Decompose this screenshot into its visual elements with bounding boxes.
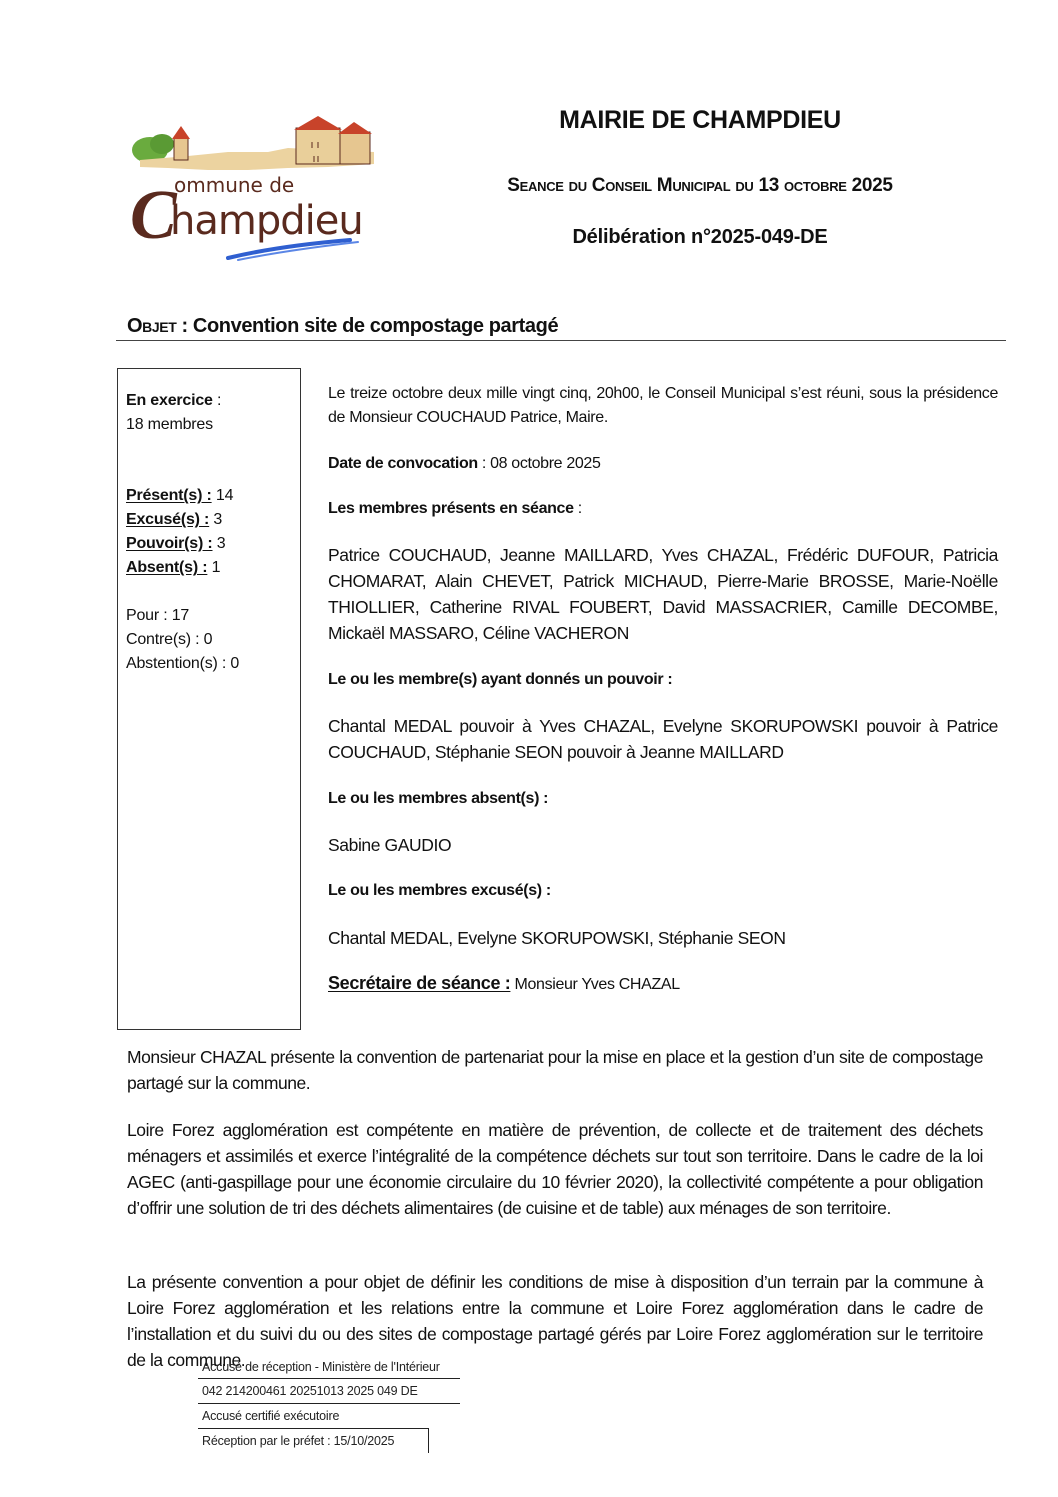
session-intro: Le treize octobre deux mille vingt cinq,… [328,382,998,430]
count-pouvoir: Pouvoir(s) : 3 [126,532,233,556]
stamp-line-4: Réception par le préfet : 15/10/2025 [198,1428,429,1453]
pouvoirs-list: Chantal MEDAL pouvoir à Yves CHAZAL, Eve… [328,713,998,765]
vote-contre: Contre(s) : 0 [126,628,239,652]
objet-line: Objet : Convention site de compostage pa… [127,315,558,338]
count-value: 1 [207,559,220,576]
secretaire-value: Monsieur Yves CHAZAL [510,976,679,993]
stamp-line-3: Accusé certifié exécutoire [198,1403,460,1428]
en-exercice-label: En exercice [126,392,213,409]
convocation-label: Date de convocation [328,455,478,472]
vote-abstention: Abstention(s) : 0 [126,652,239,676]
count-label: Absent(s) : [126,559,207,576]
count-value: 3 [209,511,222,528]
pouvoirs-heading: Le ou les membre(s) ayant donnés un pouv… [328,668,998,692]
secretaire-line: Secrétaire de séance : Monsieur Yves CHA… [328,971,998,997]
excuses-heading: Le ou les membres excusé(s) : [328,879,998,903]
presents-list: Patrice COUCHAUD, Jeanne MAILLARD, Yves … [328,542,998,646]
count-label: Présent(s) : [126,487,212,504]
absents-list: Sabine GAUDIO [328,832,998,858]
objet-value: Convention site de compostage partagé [188,315,558,337]
attendance-box [117,368,301,1030]
en-exercice-value: 18 membres [126,416,213,433]
excuses-list: Chantal MEDAL, Evelyne SKORUPOWSKI, Stép… [328,925,998,951]
presents-heading: Les membres présents en séance : [328,497,998,521]
prefecture-stamp: Accusé de réception - Ministère de l'Int… [198,1360,460,1453]
vote-results: Pour : 17 Contre(s) : 0 Abstention(s) : … [126,604,239,676]
absents-heading: Le ou les membres absent(s) : [328,787,998,811]
count-value: 14 [212,487,234,504]
objet-divider [116,340,1006,341]
convocation-value: : 08 octobre 2025 [478,455,601,472]
stamp-line-1: Accusé de réception - Ministère de l'Int… [198,1360,460,1378]
count-label: Excusé(s) : [126,511,209,528]
count-present: Présent(s) : 14 [126,484,233,508]
seance-heading: Seance du Conseil Municipal du 13 octobr… [440,175,960,197]
en-exercice-sep: : [213,392,222,409]
attendance-counts: Présent(s) : 14 Excusé(s) : 3 Pouvoir(s)… [126,484,233,580]
svg-text:hampdieu: hampdieu [170,198,363,244]
mairie-title: MAIRIE DE CHAMPDIEU [460,106,940,135]
count-value: 3 [213,535,226,552]
presents-sep: : [574,500,582,517]
svg-text:ommune de: ommune de [174,173,294,197]
convocation-date: Date de convocation : 08 octobre 2025 [328,452,998,476]
count-excuse: Excusé(s) : 3 [126,508,233,532]
objet-label: Objet : [127,315,188,337]
secretaire-label: Secrétaire de séance : [328,973,510,993]
en-exercice: En exercice : 18 membres [126,389,221,437]
count-absent: Absent(s) : 1 [126,556,233,580]
body-paragraph-1: Monsieur CHAZAL présente la convention d… [127,1044,983,1096]
village-illustration-icon: C ommune de hampdieu [128,112,380,267]
count-label: Pouvoir(s) : [126,535,213,552]
deliberation-number: Délibération n°2025-049-DE [460,226,940,249]
stamp-line-2: 042 214200461 20251013 2025 049 DE [198,1378,460,1403]
body-paragraph-2: Loire Forez agglomération est compétente… [127,1117,983,1221]
body-paragraph-3: La présente convention a pour objet de d… [127,1269,983,1373]
commune-logo: C ommune de hampdieu [128,112,380,267]
presents-label: Les membres présents en séance [328,500,574,517]
vote-pour: Pour : 17 [126,604,239,628]
